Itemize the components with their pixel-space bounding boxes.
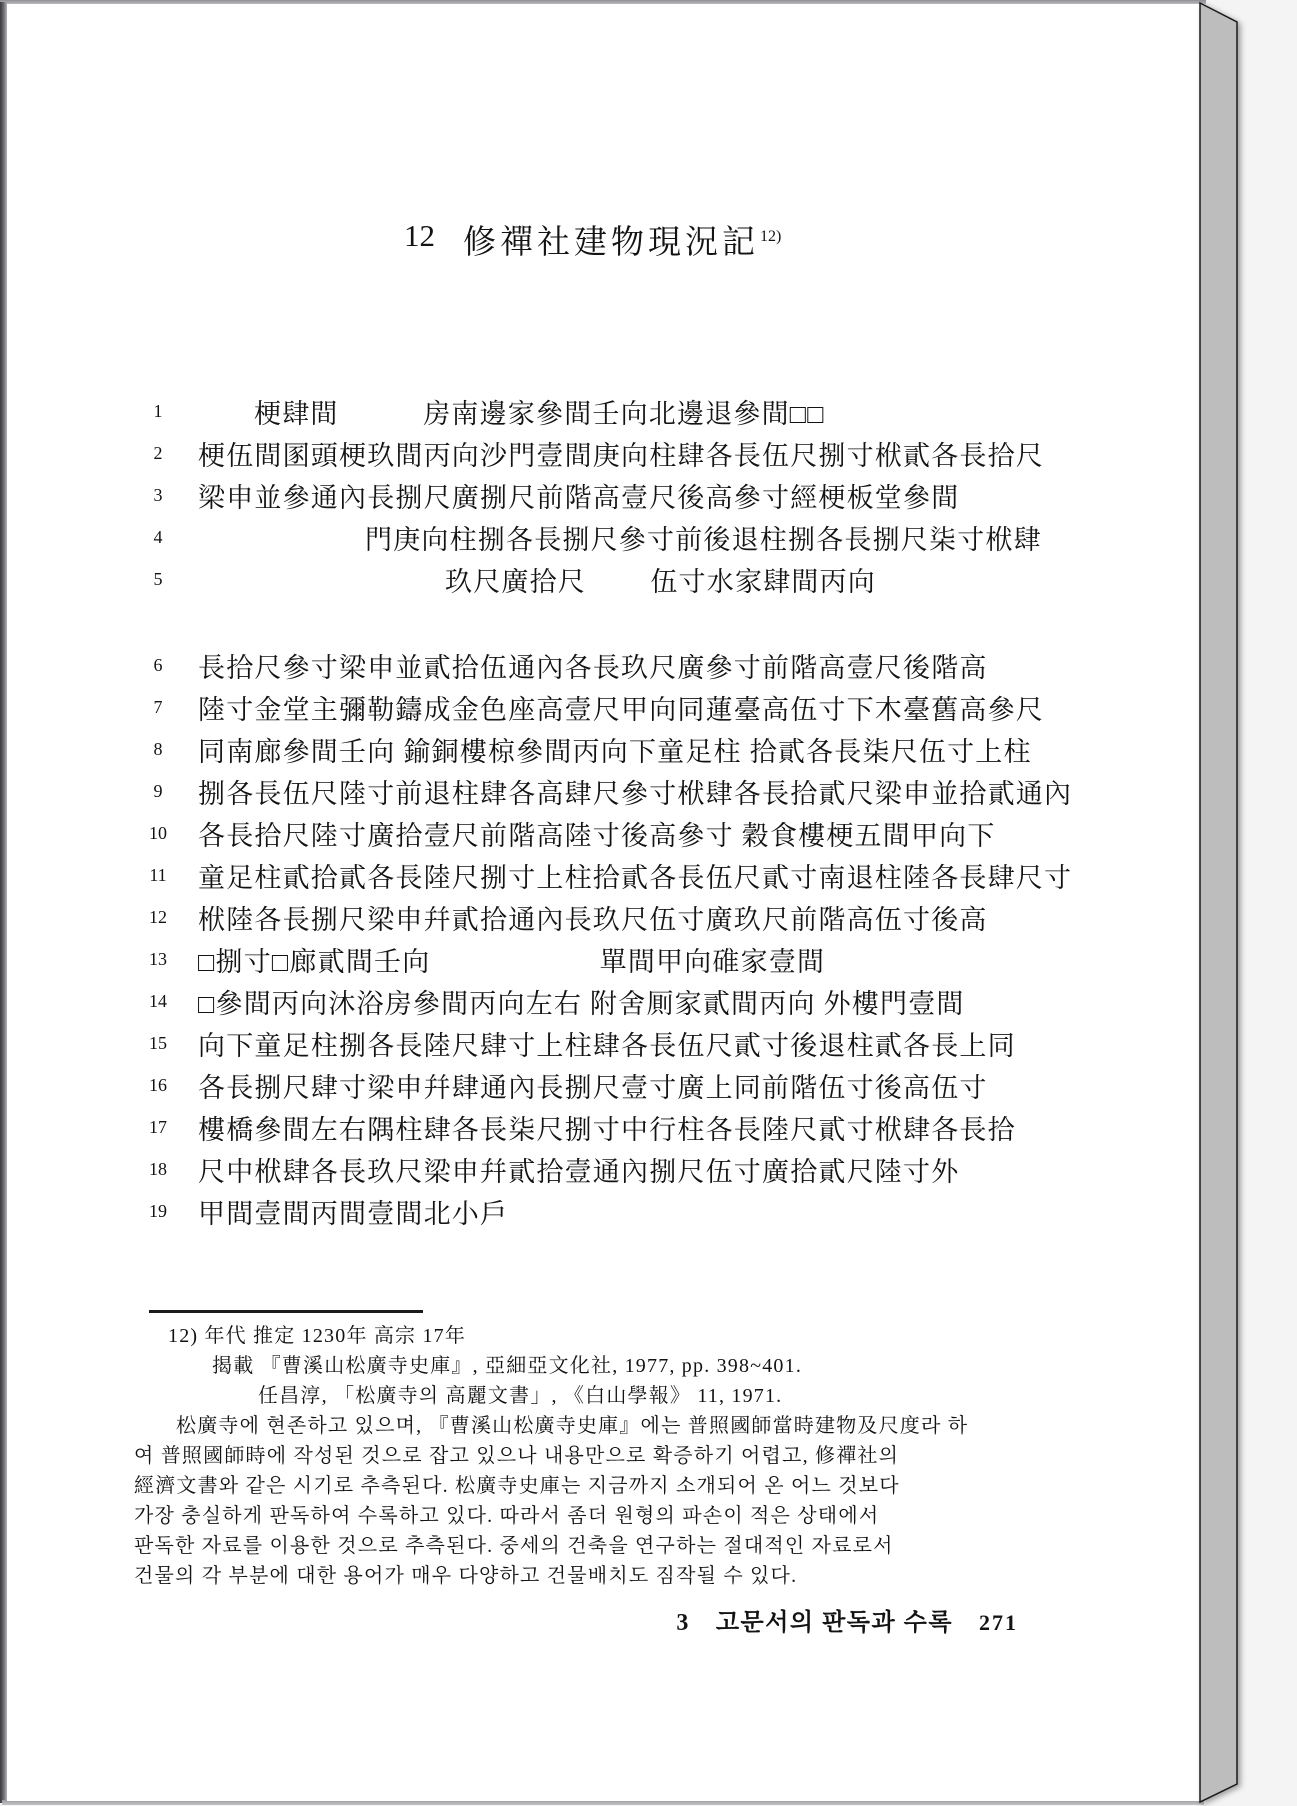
title-hanja: 修禪社建物現況記: [463, 225, 759, 261]
line-text: 童足柱貳拾貳各長陸尺捌寸上柱拾貳各長伍尺貳寸南退柱陸各長肆尺寸: [198, 856, 1072, 895]
footnote-line: 松廣寺에 현존하고 있으며, 『曹溪山松廣寺史庫』에는 普照國師當時建物及尺度라…: [134, 1411, 1099, 1441]
line-text: 同南廊參間壬向 鍮銅樓椋參間丙向下童足柱 拾貳各長柒尺伍寸上柱: [198, 730, 1032, 769]
transcription-line: 3梁申並參通內長捌尺廣捌尺前階高壹尺後高參寸經梗板堂參間: [0, 474, 1130, 516]
line-number: 15: [140, 1033, 176, 1054]
footnote-line: 經濟文書와 같은 시기로 추측된다. 松廣寺史庫는 지금까지 소개되어 온 어느…: [134, 1471, 1099, 1501]
footnote-block: 12) 年代 推定 1230年 高宗 17年 揭載 『曹溪山松廣寺史庫』, 亞細…: [134, 1321, 1099, 1591]
line-text: 捌各長伍尺陸寸前退柱肆各高肆尺參寸栿肆各長拾貳尺梁申並拾貳通內: [198, 772, 1072, 811]
line-number: 18: [140, 1159, 176, 1180]
line-number: 4: [140, 527, 176, 548]
footer-page-number: 271: [979, 1610, 1018, 1636]
line-text: 梁申並參通內長捌尺廣捌尺前階高壹尺後高參寸經梗板堂參間: [198, 476, 959, 515]
transcription-line: 6長拾尺參寸梁申並貳拾伍通內各長玖尺廣參寸前階高壹尺後階高: [0, 644, 1130, 686]
line-number: 17: [140, 1117, 176, 1138]
line-number: 19: [140, 1201, 176, 1222]
transcription-line: 18尺中栿肆各長玖尺梁申幷貳拾壹通內捌尺伍寸廣拾貳尺陸寸外: [0, 1148, 1130, 1190]
line-text: 玖尺廣拾尺 伍寸水家肆間丙向: [198, 560, 876, 599]
footer-section-number: 3: [676, 1610, 690, 1637]
paragraph-gap: [0, 600, 1130, 644]
line-text: □捌寸□廊貳間壬向 單間甲向碓家壹間: [198, 940, 825, 979]
transcription-line: 1梗肆間 房南邊家參間壬向北邊退參間□□: [0, 390, 1130, 432]
line-text: 樓橋參間左右隅柱肆各長柒尺捌寸中行柱各長陸尺貳寸栿肆各長拾: [198, 1108, 1016, 1147]
line-number: 8: [140, 739, 176, 760]
line-text: 各長捌尺肆寸梁申幷肆通內長捌尺壹寸廣上同前階伍寸後高伍寸: [198, 1066, 988, 1105]
line-number: 9: [140, 781, 176, 802]
transcription-line: 19甲間壹間丙間壹間北小戶: [0, 1190, 1130, 1232]
footnote-line: 揭載 『曹溪山松廣寺史庫』, 亞細亞文化社, 1977, pp. 398~401…: [134, 1351, 1099, 1381]
transcription-line: 2梗伍間圂頭梗玖間丙向沙門壹間庚向柱肆各長伍尺捌寸栿貳各長拾尺: [0, 432, 1130, 474]
transcription-line: 12栿陸各長捌尺梁申幷貳拾通內長玖尺伍寸廣玖尺前階高伍寸後高: [0, 896, 1130, 938]
transcription-line: 14□參間丙向沐浴房參間丙向左右 附舍厠家貳間丙向 外樓門壹間: [0, 980, 1130, 1022]
line-number: 3: [140, 485, 176, 506]
line-text: 栿陸各長捌尺梁申幷貳拾通內長玖尺伍寸廣玖尺前階高伍寸後高: [198, 898, 988, 937]
scanned-book-page: 12 修禪社建物現況記12) 1梗肆間 房南邊家參間壬向北邊退參間□□ 2梗伍間…: [0, 0, 1297, 1806]
title-text: 修禪社建物現況記12): [463, 216, 781, 263]
running-footer: 3 고문서의 판독과 수록 271: [0, 1602, 1018, 1637]
line-number: 1: [140, 401, 176, 422]
transcription-line: 16各長捌尺肆寸梁申幷肆通內長捌尺壹寸廣上同前階伍寸後高伍寸: [0, 1064, 1130, 1106]
footnote-line: 任昌淳, 「松廣寺의 高麗文書」, 《白山學報》 11, 1971.: [134, 1381, 1099, 1411]
line-text: 梗肆間 房南邊家參間壬向北邊退參間□□: [198, 392, 825, 431]
line-number: 2: [140, 443, 176, 464]
line-text: □參間丙向沐浴房參間丙向左右 附舍厠家貳間丙向 外樓門壹間: [198, 982, 965, 1021]
footnote-divider: [149, 1310, 423, 1313]
line-number: 14: [140, 991, 176, 1012]
line-number: 12: [140, 907, 176, 928]
line-text: 各長拾尺陸寸廣拾壹尺前階高陸寸後高參寸 穀食樓梗五間甲向下: [198, 814, 996, 853]
footnote-line: 여 普照國師時에 작성된 것으로 잡고 있으나 내용만으로 확증하기 어렵고, …: [134, 1441, 1099, 1471]
footnote-line: 판독한 자료를 이용한 것으로 추측된다. 중세의 건축을 연구하는 절대적인 …: [134, 1531, 1099, 1561]
line-number: 16: [140, 1075, 176, 1096]
transcription-line: 8同南廊參間壬向 鍮銅樓椋參間丙向下童足柱 拾貳各長柒尺伍寸上柱: [0, 728, 1130, 770]
line-text: 向下童足柱捌各長陸尺肆寸上柱肆各長伍尺貳寸後退柱貳各長上同: [198, 1024, 1016, 1063]
footnote-line: 건물의 각 부분에 대한 용어가 매우 다양하고 건물배치도 짐작될 수 있다.: [134, 1561, 1099, 1591]
transcription-line: 13□捌寸□廊貳間壬向 單間甲向碓家壹間: [0, 938, 1130, 980]
line-text: 尺中栿肆各長玖尺梁申幷貳拾壹通內捌尺伍寸廣拾貳尺陸寸外: [198, 1150, 959, 1189]
line-text: 梗伍間圂頭梗玖間丙向沙門壹間庚向柱肆各長伍尺捌寸栿貳各長拾尺: [198, 434, 1044, 473]
title-number: 12: [404, 216, 435, 254]
line-number: 6: [140, 655, 176, 676]
transcription-lines: 1梗肆間 房南邊家參間壬向北邊退參間□□ 2梗伍間圂頭梗玖間丙向沙門壹間庚向柱肆…: [0, 390, 1130, 1232]
line-number: 10: [140, 823, 176, 844]
transcription-line: 15向下童足柱捌各長陸尺肆寸上柱肆各長伍尺貳寸後退柱貳各長上同: [0, 1022, 1130, 1064]
line-text: 甲間壹間丙間壹間北小戶: [198, 1192, 508, 1231]
title-footnote-ref: 12): [760, 228, 781, 245]
transcription-line: 5玖尺廣拾尺 伍寸水家肆間丙向: [0, 558, 1130, 600]
footnote-line: 12) 年代 推定 1230年 高宗 17年: [134, 1321, 1099, 1351]
footnote-line: 가장 충실하게 판독하여 수록하고 있다. 따라서 좀더 원형의 파손이 적은 …: [134, 1501, 1099, 1531]
line-number: 11: [140, 865, 176, 886]
transcription-line: 11童足柱貳拾貳各長陸尺捌寸上柱拾貳各長伍尺貳寸南退柱陸各長肆尺寸: [0, 854, 1130, 896]
line-number: 7: [140, 697, 176, 718]
line-number: 13: [140, 949, 176, 970]
footer-section-title: 고문서의 판독과 수록: [716, 1602, 953, 1637]
line-text: 門庚向柱捌各長捌尺參寸前後退柱捌各長捌尺柒寸栿肆: [198, 518, 1042, 557]
transcription-line: 4門庚向柱捌各長捌尺參寸前後退柱捌各長捌尺柒寸栿肆: [0, 516, 1130, 558]
line-text: 長拾尺參寸梁申並貳拾伍通內各長玖尺廣參寸前階高壹尺後階高: [198, 646, 988, 685]
line-text: 陸寸金堂主彌勒鑄成金色座高壹尺甲向同蓮臺高伍寸下木臺舊高參尺: [198, 688, 1044, 727]
transcription-line: 7陸寸金堂主彌勒鑄成金色座高壹尺甲向同蓮臺高伍寸下木臺舊高參尺: [0, 686, 1130, 728]
page-title: 12 修禪社建物現況記12): [404, 216, 781, 263]
page-content: 12 修禪社建物現況記12) 1梗肆間 房南邊家參間壬向北邊退參間□□ 2梗伍間…: [0, 0, 1297, 1806]
transcription-line: 17樓橋參間左右隅柱肆各長柒尺捌寸中行柱各長陸尺貳寸栿肆各長拾: [0, 1106, 1130, 1148]
line-number: 5: [140, 569, 176, 590]
transcription-line: 10各長拾尺陸寸廣拾壹尺前階高陸寸後高參寸 穀食樓梗五間甲向下: [0, 812, 1130, 854]
transcription-line: 9捌各長伍尺陸寸前退柱肆各高肆尺參寸栿肆各長拾貳尺梁申並拾貳通內: [0, 770, 1130, 812]
